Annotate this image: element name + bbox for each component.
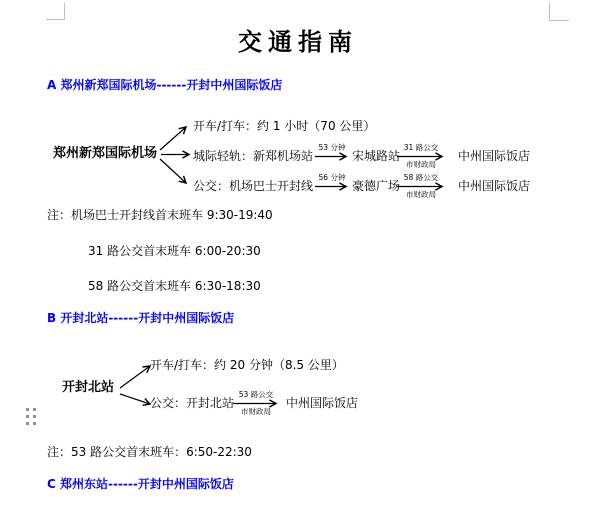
section-a-bus-destination: 中州国际饭店 — [458, 180, 530, 193]
section-b-origin: 开封北站 — [62, 381, 114, 395]
arrow-label-top: 53 路公交 — [239, 391, 273, 399]
section-a-bus-prefix: 公交：机场巴士开封线 — [193, 180, 313, 193]
section-a-heading: A 郑州新郑国际机场------开封中州国际饭店 — [47, 78, 282, 92]
arrow-label-bottom: 市财政局 — [241, 408, 271, 416]
section-a-drive-option: 开车/打车：约 1 小时（70 公里） — [193, 120, 375, 133]
handle-dot — [26, 422, 29, 425]
branch-arrows-icon — [155, 114, 195, 188]
right-arrow-icon — [314, 182, 350, 191]
section-a-rail-prefix: 城际轻轨：新郑机场站 — [193, 150, 313, 163]
rail-bus-transfer-arrow: 31 路公交 市财政局 — [396, 144, 446, 169]
right-arrow-icon — [314, 152, 350, 161]
section-a-rail-destination: 中州国际饭店 — [458, 150, 530, 163]
section-a-rail-via: 宋城路站 — [352, 150, 400, 163]
note-bus-53-schedule: 注：53 路公交首末班车：6:50-22:30 — [47, 446, 252, 459]
section-a-origin: 郑州新郑国际机场 — [53, 147, 157, 161]
bus-53-arrow: 53 路公交 市财政局 — [232, 391, 280, 416]
arrow-label-top: 58 路公交 — [404, 174, 438, 182]
arrow-label-bottom: 市财政局 — [406, 161, 436, 169]
arrow-label-top: 56 分钟 — [319, 174, 346, 182]
drag-handle-icon[interactable] — [26, 408, 36, 425]
bus-transfer-arrow: 58 路公交 市财政局 — [396, 174, 446, 199]
note-bus-58-schedule: 58 路公交首末班车 6:30-18:30 — [88, 280, 261, 293]
handle-dot — [33, 408, 36, 411]
margin-corner-right-icon — [549, 2, 569, 21]
handle-dot — [33, 415, 36, 418]
arrow-label-top: 31 路公交 — [404, 144, 438, 152]
handle-dot — [33, 422, 36, 425]
note-airport-bus-schedule: 注：机场巴士开封线首末班车 9:30-19:40 — [47, 209, 273, 222]
handle-dot — [26, 415, 29, 418]
handle-dot — [26, 408, 29, 411]
section-b-heading: B 开封北站------开封中州国际饭店 — [47, 311, 234, 325]
arrow-label-bottom: 市财政局 — [406, 191, 436, 199]
section-b-drive-option: 开车/打车：约 20 分钟（8.5 公里） — [150, 359, 344, 372]
section-b-bus-prefix: 公交：开封北站 — [150, 397, 234, 410]
arrow-label-top: 53 分钟 — [319, 144, 346, 152]
section-a-bus-via: 豪德广场 — [352, 180, 400, 193]
section-c-heading: C 郑州东站------开封中州国际饭店 — [47, 477, 234, 491]
rail-duration-arrow: 53 分钟 — [314, 144, 350, 161]
section-b-bus-destination: 中州国际饭店 — [286, 397, 358, 410]
document-page: 交通指南 A 郑州新郑国际机场------开封中州国际饭店 郑州新郑国际机场 开… — [0, 0, 596, 514]
bus-duration-arrow: 56 分钟 — [314, 174, 350, 191]
note-bus-31-schedule: 31 路公交首末班车 6:00-20:30 — [88, 245, 261, 258]
margin-corner-left-icon — [46, 3, 65, 20]
page-title: 交通指南 — [0, 28, 596, 56]
